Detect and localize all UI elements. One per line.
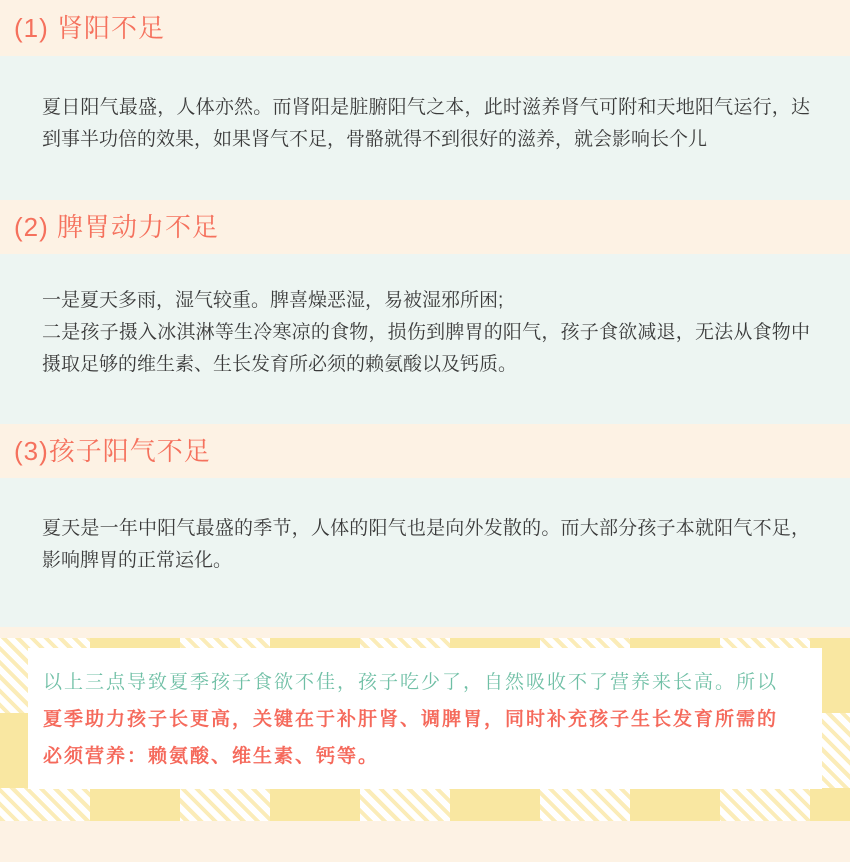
summary-paragraph: 以上三点导致夏季孩子食欲不佳，孩子吃少了，自然吸收不了营养来长高。所以夏季助力孩…	[43, 664, 802, 775]
summary-highlight-text: 夏季助力孩子长更高，关键在于补肝肾、调脾胃，同时补充孩子生长发育所需的 必须营养…	[43, 709, 778, 767]
section-2-paragraph: 一是夏天多雨，湿气较重。脾喜燥恶湿，易被湿邪所困; 二是孩子摄入冰淇淋等生冷寒凉…	[42, 285, 810, 381]
section-3-body-band: 夏天是一年中阳气最盛的季节，人体的阳气也是向外发散的。而大部分孩子本就阳气不足，…	[0, 478, 850, 627]
striped-quilt-background: 以上三点导致夏季孩子食欲不佳，孩子吃少了，自然吸收不了营养来长高。所以夏季助力孩…	[0, 638, 850, 821]
summary-card: 以上三点导致夏季孩子食欲不佳，孩子吃少了，自然吸收不了营养来长高。所以夏季助力孩…	[28, 648, 822, 789]
section-2-heading: (2) 脾胃动力不足	[14, 214, 219, 240]
section-1-paragraph: 夏日阳气最盛，人体亦然。而肾阳是脏腑阳气之本，此时滋养肾气可附和天地阳气运行，达…	[42, 92, 810, 156]
section-2-body-band: 一是夏天多雨，湿气较重。脾喜燥恶湿，易被湿邪所困; 二是孩子摄入冰淇淋等生冷寒凉…	[0, 254, 850, 424]
section-kidney-yang: (1) 肾阳不足 夏日阳气最盛，人体亦然。而肾阳是脏腑阳气之本，此时滋养肾气可附…	[0, 0, 850, 200]
section-2-heading-band: (2) 脾胃动力不足	[0, 200, 850, 254]
section-1-body-band: 夏日阳气最盛，人体亦然。而肾阳是脏腑阳气之本，此时滋养肾气可附和天地阳气运行，达…	[0, 56, 850, 200]
section-3-heading-band: (3)孩子阳气不足	[0, 424, 850, 478]
section-child-yang: (3)孩子阳气不足 夏天是一年中阳气最盛的季节，人体的阳气也是向外发散的。而大部…	[0, 424, 850, 627]
section-3-heading: (3)孩子阳气不足	[14, 438, 211, 464]
section-3-paragraph: 夏天是一年中阳气最盛的季节，人体的阳气也是向外发散的。而大部分孩子本就阳气不足，…	[42, 513, 810, 577]
section-1-heading: (1) 肾阳不足	[14, 15, 165, 41]
summary-intro-text: 以上三点导致夏季孩子食欲不佳，孩子吃少了，自然吸收不了营养来长高。所以	[43, 672, 778, 693]
summary-section: 以上三点导致夏季孩子食欲不佳，孩子吃少了，自然吸收不了营养来长高。所以夏季助力孩…	[0, 627, 850, 862]
article-page: (1) 肾阳不足 夏日阳气最盛，人体亦然。而肾阳是脏腑阳气之本，此时滋养肾气可附…	[0, 0, 850, 862]
section-spleen-stomach: (2) 脾胃动力不足 一是夏天多雨，湿气较重。脾喜燥恶湿，易被湿邪所困; 二是孩…	[0, 200, 850, 424]
section-1-heading-band: (1) 肾阳不足	[0, 0, 850, 56]
